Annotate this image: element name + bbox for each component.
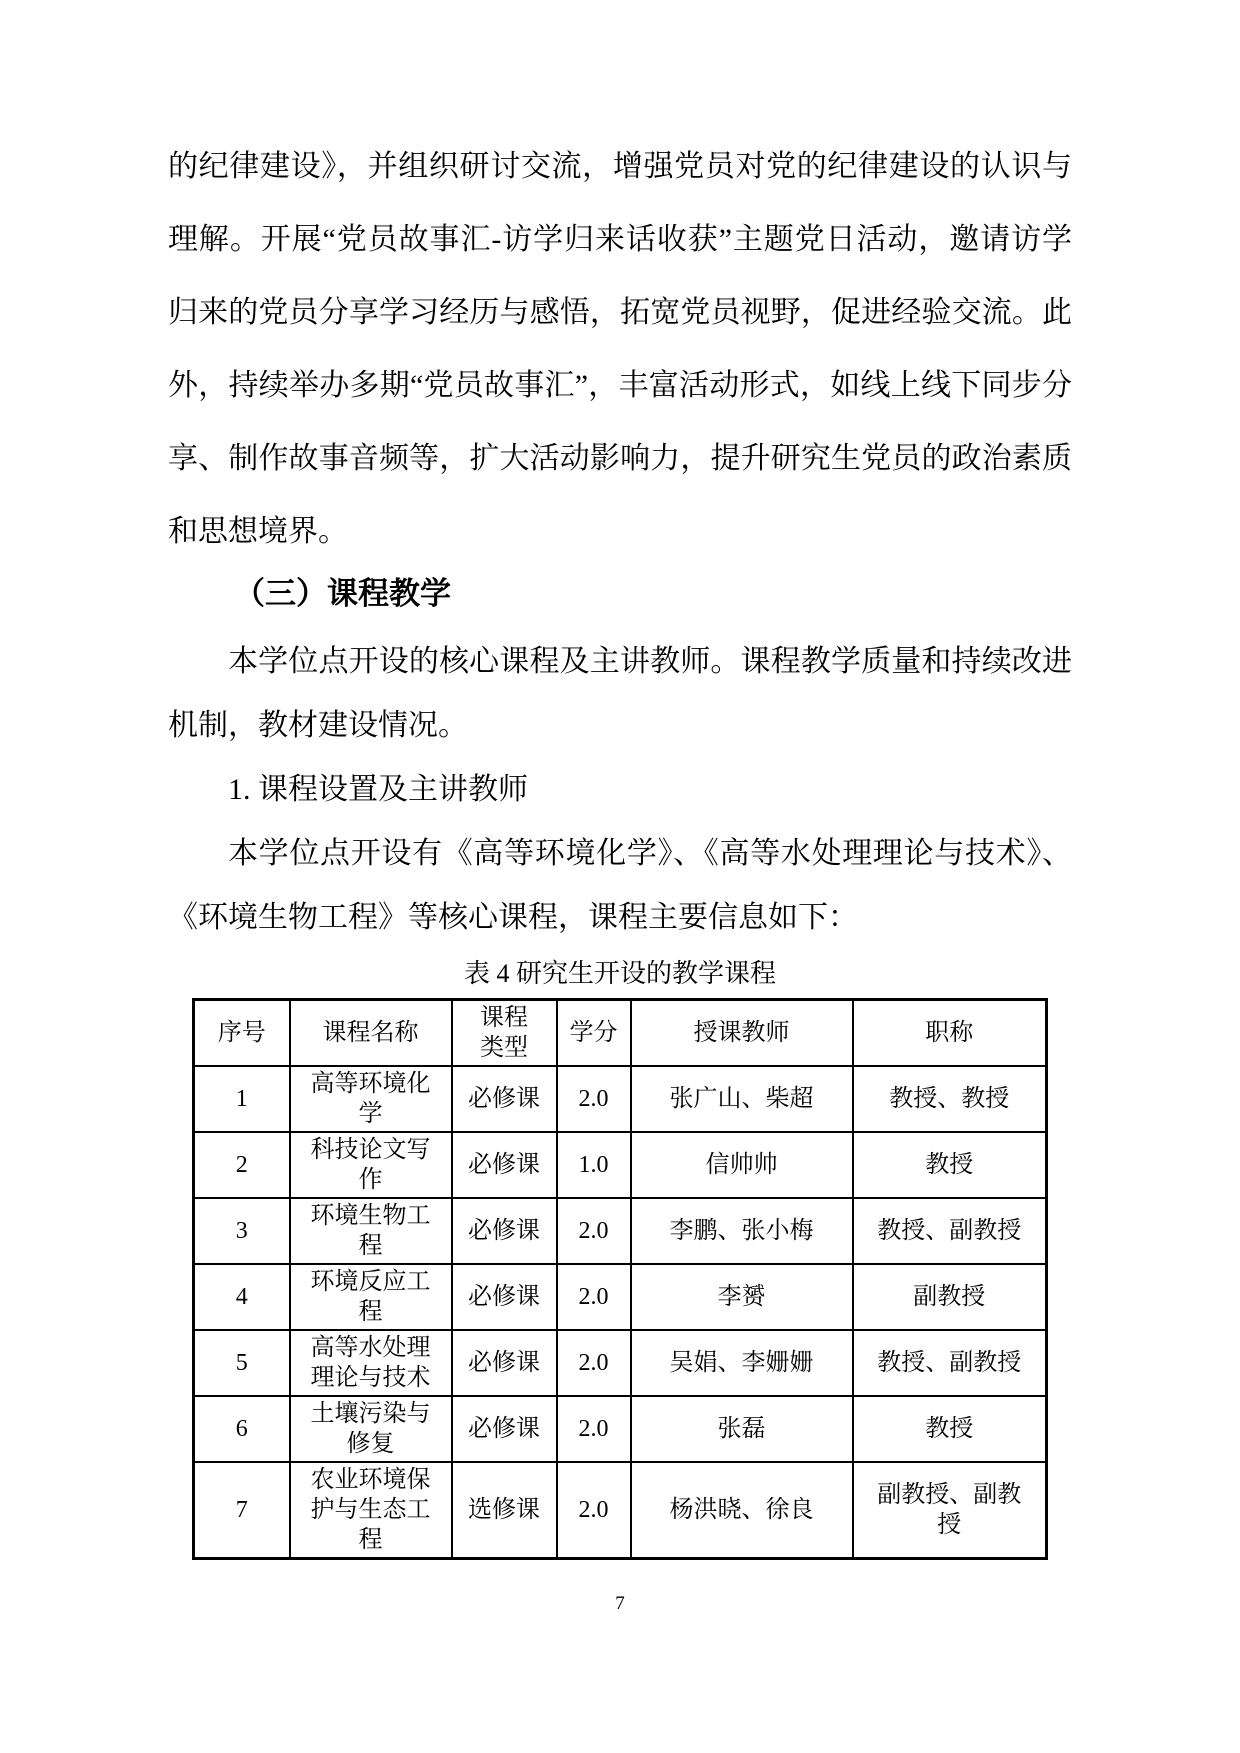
cell-course-type: 选修课 [452, 1462, 557, 1559]
table-row: 5 高等水处理理论与技术 必修课 2.0 吴娟、李姗姗 教授、副教授 [194, 1330, 1047, 1396]
table-row: 6 土壤污染与修复 必修课 2.0 张磊 教授 [194, 1396, 1047, 1462]
cell-teachers: 吴娟、李姗姗 [631, 1330, 853, 1396]
cell-index: 2 [194, 1132, 290, 1198]
cell-index: 1 [194, 1066, 290, 1132]
paragraph-courses: 本学位点开设有《高等环境化学》、《高等水处理理论与技术》、《环境生物工程》等核心… [168, 822, 1072, 950]
cell-index: 7 [194, 1462, 290, 1559]
cell-teachers: 信帅帅 [631, 1132, 853, 1198]
cell-teachers: 张广山、柴超 [631, 1066, 853, 1132]
cell-course-type: 必修课 [452, 1066, 557, 1132]
column-header-credit: 学分 [557, 1000, 631, 1067]
cell-index: 3 [194, 1198, 290, 1264]
list-item-course-setup: 1. 课程设置及主讲教师 [168, 758, 1072, 822]
cell-course-name: 科技论文写作 [290, 1132, 452, 1198]
column-header-name: 课程名称 [290, 1000, 452, 1067]
cell-teachers: 杨洪晓、徐良 [631, 1462, 853, 1559]
cell-credit: 2.0 [557, 1330, 631, 1396]
cell-titles: 教授、副教授 [853, 1198, 1047, 1264]
cell-titles: 副教授、副教授 [853, 1462, 1047, 1559]
cell-course-type: 必修课 [452, 1198, 557, 1264]
cell-course-name: 高等环境化学 [290, 1066, 452, 1132]
course-table: 序号 课程名称 课程 类型 学分 授课教师 职称 1 高等环境化学 必修课 2.… [192, 998, 1048, 1560]
section-heading: （三）课程教学 [168, 572, 1072, 616]
cell-course-type: 必修课 [452, 1330, 557, 1396]
column-header-teacher: 授课教师 [631, 1000, 853, 1067]
column-header-index: 序号 [194, 1000, 290, 1067]
cell-credit: 2.0 [557, 1264, 631, 1330]
cell-course-type: 必修课 [452, 1264, 557, 1330]
cell-credit: 2.0 [557, 1462, 631, 1559]
cell-course-name: 环境生物工程 [290, 1198, 452, 1264]
cell-index: 5 [194, 1330, 290, 1396]
paragraph-overview: 本学位点开设的核心课程及主讲教师。课程教学质量和持续改进机制，教材建设情况。 [168, 630, 1072, 758]
table-row: 3 环境生物工程 必修课 2.0 李鹏、张小梅 教授、副教授 [194, 1198, 1047, 1264]
cell-credit: 2.0 [557, 1198, 631, 1264]
column-header-title: 职称 [853, 1000, 1047, 1067]
document-page: 的纪律建设》，并组织研讨交流，增强党员对党的纪律建设的认识与理解。开展“党员故事… [0, 0, 1240, 1753]
table-header-row: 序号 课程名称 课程 类型 学分 授课教师 职称 [194, 1000, 1047, 1067]
cell-teachers: 李鹏、张小梅 [631, 1198, 853, 1264]
cell-course-type: 必修课 [452, 1132, 557, 1198]
cell-course-name: 环境反应工程 [290, 1264, 452, 1330]
cell-course-type: 必修课 [452, 1396, 557, 1462]
cell-course-name: 农业环境保护与生态工程 [290, 1462, 452, 1559]
paragraph-continuation: 的纪律建设》，并组织研讨交流，增强党员对党的纪律建设的认识与理解。开展“党员故事… [168, 130, 1072, 568]
table-row: 7 农业环境保护与生态工程 选修课 2.0 杨洪晓、徐良 副教授、副教授 [194, 1462, 1047, 1559]
cell-credit: 2.0 [557, 1066, 631, 1132]
cell-titles: 教授 [853, 1396, 1047, 1462]
cell-index: 6 [194, 1396, 290, 1462]
table-row: 2 科技论文写作 必修课 1.0 信帅帅 教授 [194, 1132, 1047, 1198]
cell-titles: 教授、教授 [853, 1066, 1047, 1132]
table-row: 1 高等环境化学 必修课 2.0 张广山、柴超 教授、教授 [194, 1066, 1047, 1132]
cell-teachers: 张磊 [631, 1396, 853, 1462]
cell-course-name: 高等水处理理论与技术 [290, 1330, 452, 1396]
cell-index: 4 [194, 1264, 290, 1330]
page-number: 7 [0, 1593, 1240, 1615]
cell-titles: 副教授 [853, 1264, 1047, 1330]
cell-titles: 教授 [853, 1132, 1047, 1198]
cell-credit: 2.0 [557, 1396, 631, 1462]
cell-titles: 教授、副教授 [853, 1330, 1047, 1396]
cell-teachers: 李赟 [631, 1264, 853, 1330]
cell-course-name: 土壤污染与修复 [290, 1396, 452, 1462]
table-caption: 表 4 研究生开设的教学课程 [168, 954, 1072, 994]
column-header-type: 课程 类型 [452, 1000, 557, 1067]
cell-credit: 1.0 [557, 1132, 631, 1198]
table-row: 4 环境反应工程 必修课 2.0 李赟 副教授 [194, 1264, 1047, 1330]
